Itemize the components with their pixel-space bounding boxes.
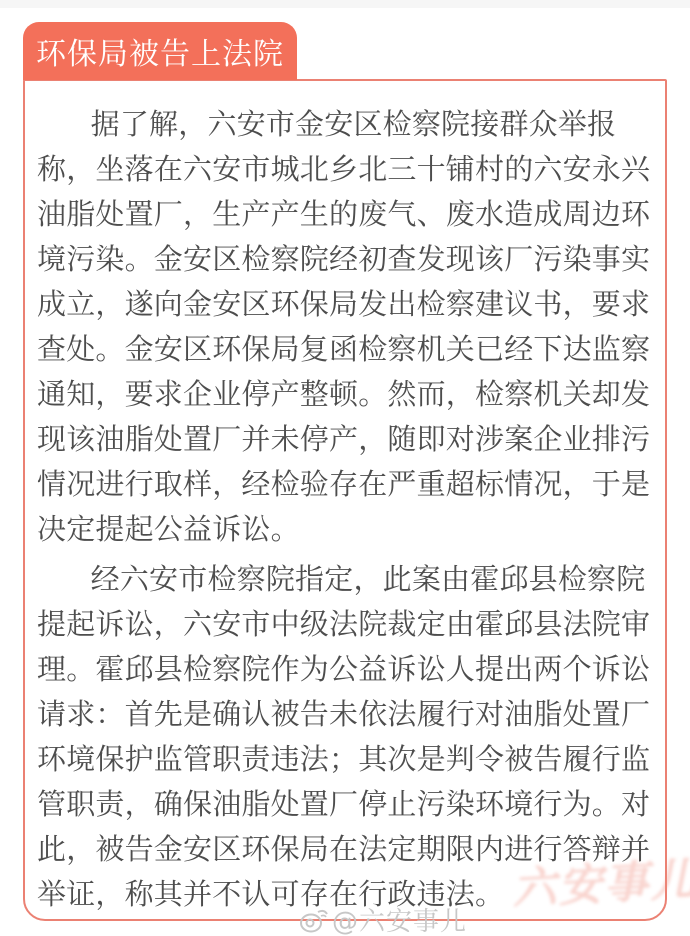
article-text-line: 油脂处置厂，生产产生的废气、废水造成周边环 [37, 192, 653, 237]
article-title-tab: 环保局被告上法院 [23, 22, 297, 80]
article-text-line: 决定提起公益诉讼。 [37, 507, 653, 552]
article-text-line: 情况进行取样，经检验存在严重超标情况，于是 [37, 462, 653, 507]
article-text-line: 经六安市检察院指定，此案由霍邱县检察院 [37, 557, 653, 602]
watermark-credit: @六安事儿 [298, 901, 467, 936]
article-text-line: 理。霍邱县检察院作为公益诉讼人提出两个诉讼 [37, 647, 653, 692]
top-strip [0, 0, 690, 8]
article-box: 据了解，六安市金安区检察院接群众举报称，坐落在六安市城北乡北三十铺村的六安永兴油… [23, 79, 667, 921]
article-paragraph: 据了解，六安市金安区检察院接群众举报称，坐落在六安市城北乡北三十铺村的六安永兴油… [37, 102, 653, 552]
article-text-line: 提起诉讼，六安市中级法院裁定由霍邱县法院审 [37, 602, 653, 647]
article-text-line: 通知，要求企业停产整顿。然而，检察机关却发 [37, 372, 653, 417]
page-title: 环保局被告上法院 [36, 29, 284, 73]
article-text-line: 现该油脂处置厂并未停产，随即对涉案企业排污 [37, 417, 653, 462]
watermark-handle: @六安事儿 [332, 901, 467, 936]
article-text-line: 称，坐落在六安市城北乡北三十铺村的六安永兴 [37, 147, 653, 192]
article-text-line: 成立，遂向金安区环保局发出检察建议书，要求 [37, 282, 653, 327]
article-text-line: 境污染。金安区检察院经初查发现该厂污染事实 [37, 237, 653, 282]
page: { "page": { "background": "#ffffff", "to… [0, 0, 690, 936]
article-text-line: 据了解，六安市金安区检察院接群众举报 [37, 102, 653, 147]
weibo-icon [298, 905, 330, 935]
corner-watermark: 六安事儿 [510, 843, 690, 917]
article-text-line: 管职责，确保油脂处置厂停止污染环境行为。对 [37, 782, 653, 827]
article-text-line: 环境保护监管职责违法；其次是判令被告履行监 [37, 737, 653, 782]
article-text-line: 请求：首先是确认被告未依法履行对油脂处置厂 [37, 692, 653, 737]
article-text-line: 查处。金安区环保局复函检察机关已经下达监察 [37, 327, 653, 372]
article-body: 据了解，六安市金安区检察院接群众举报称，坐落在六安市城北乡北三十铺村的六安永兴油… [37, 102, 653, 917]
